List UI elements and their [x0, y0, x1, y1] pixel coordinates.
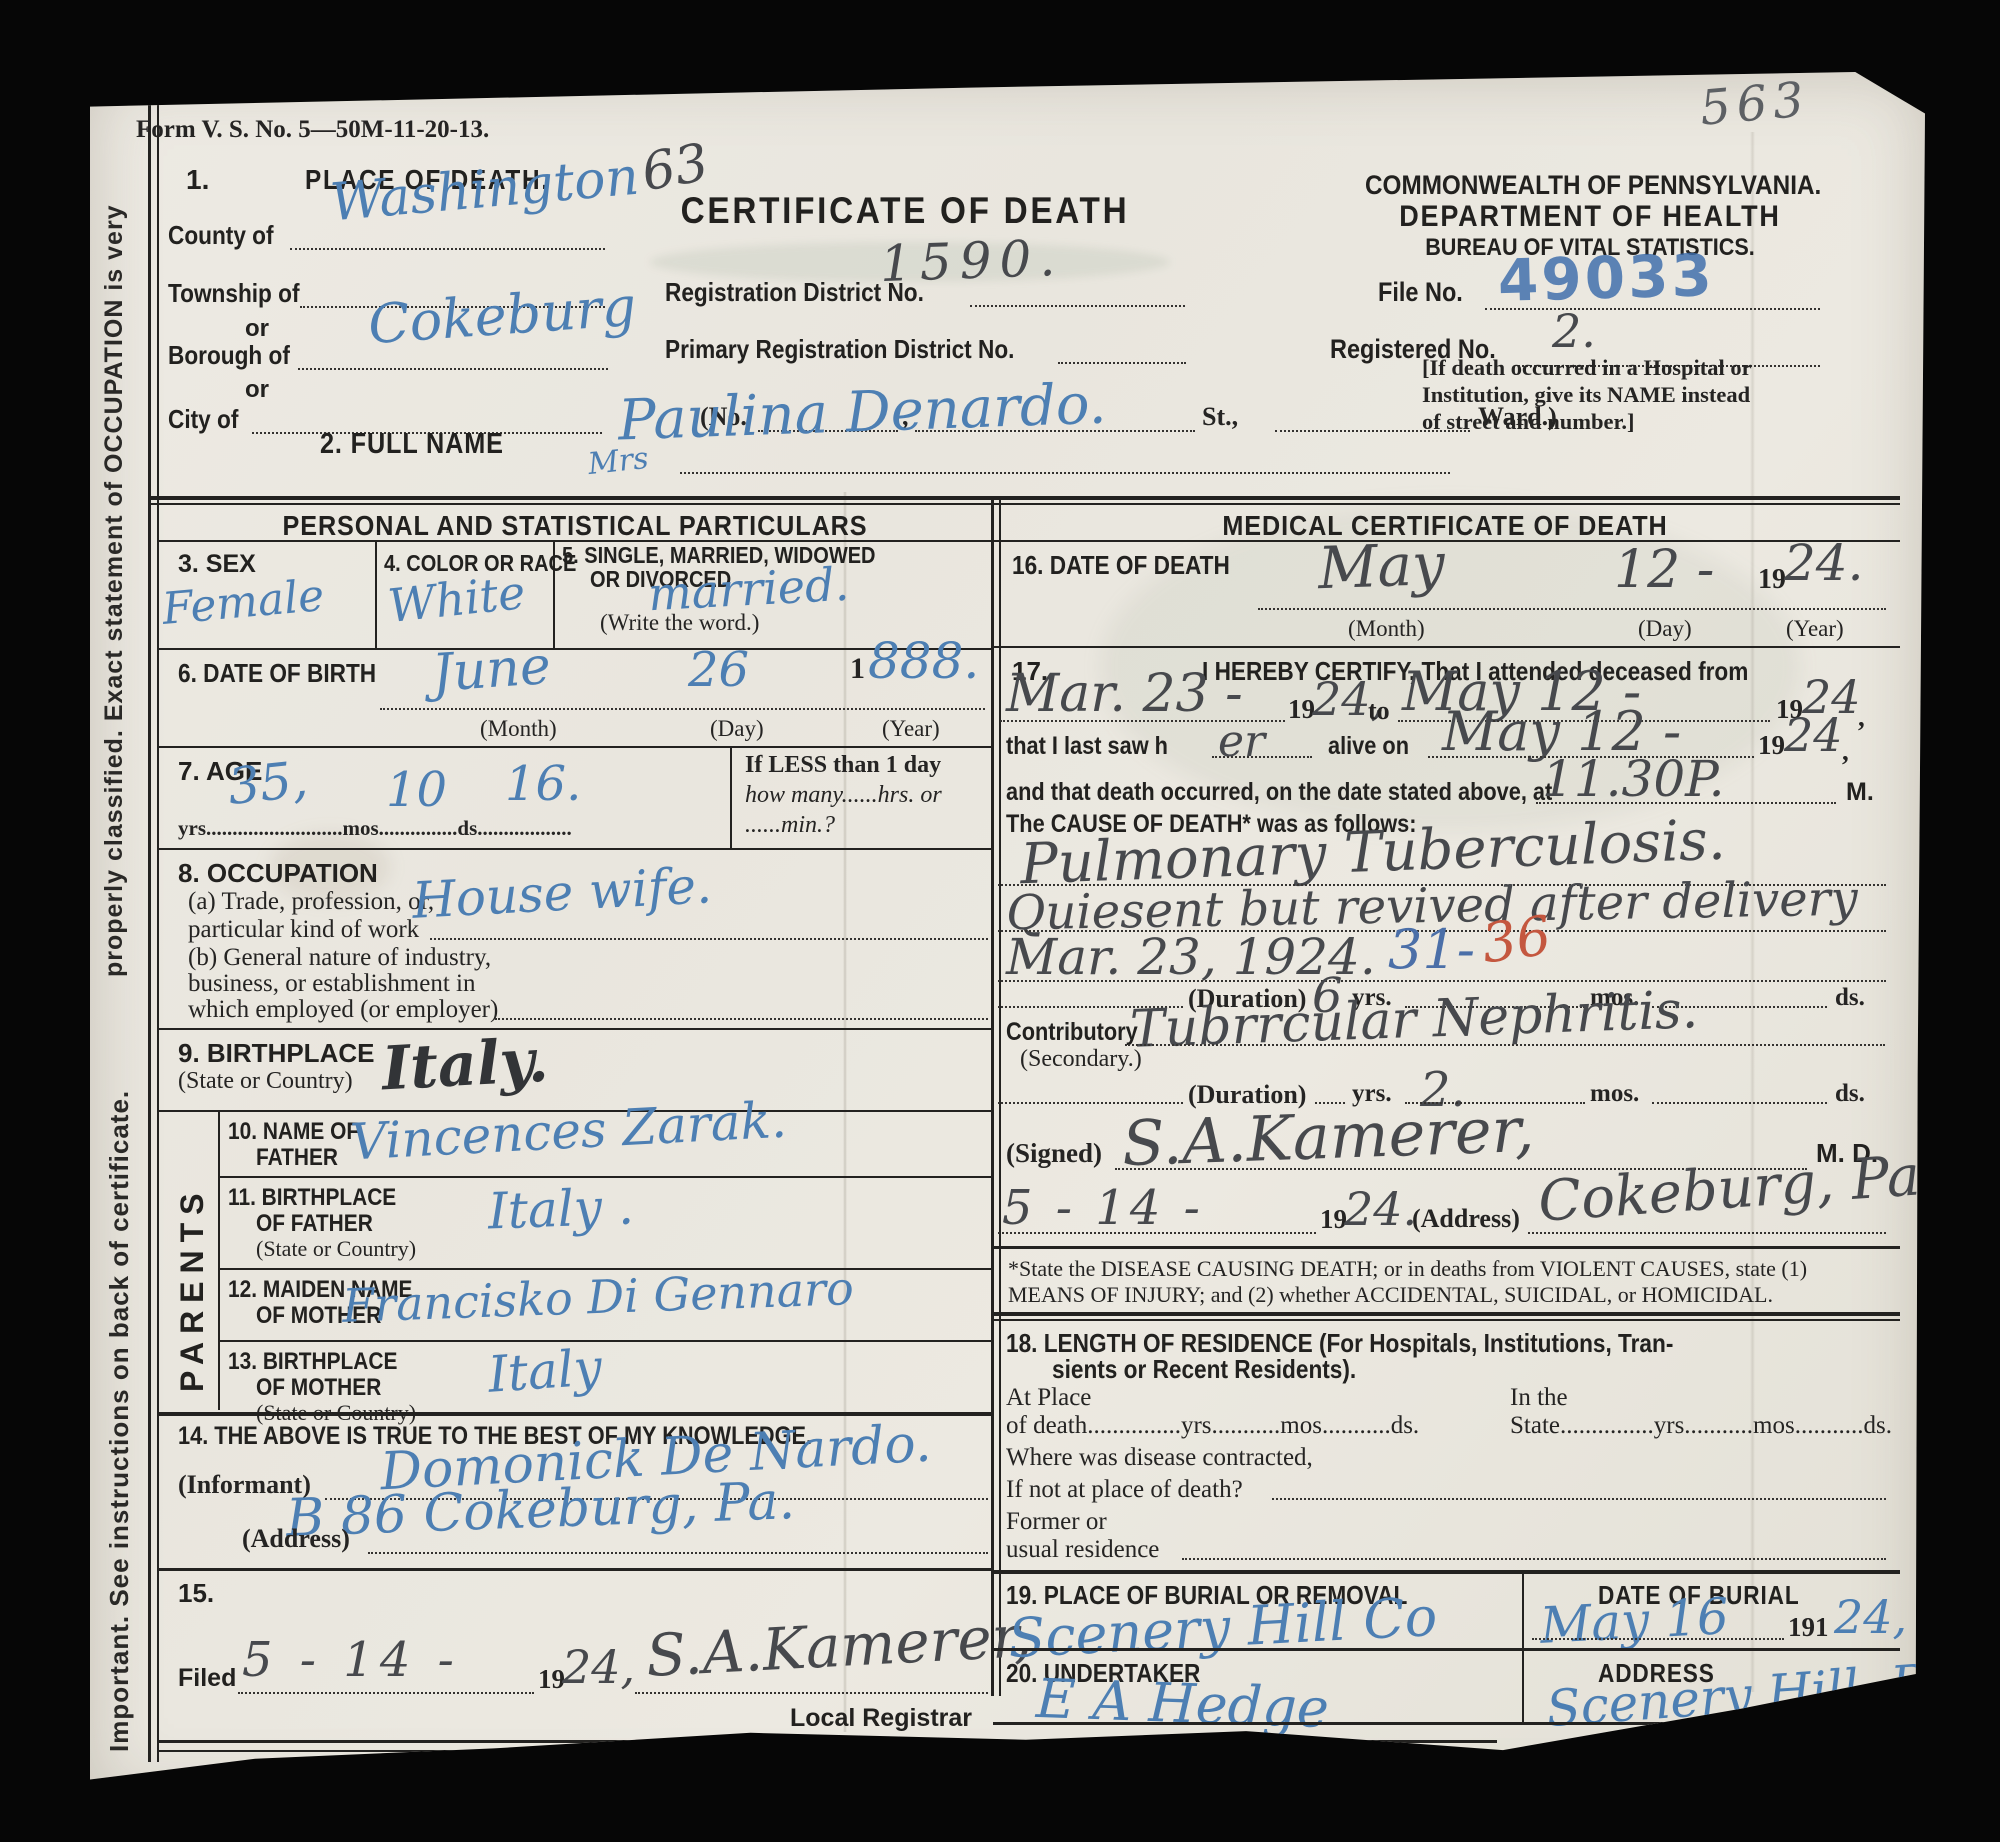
birthplace-value: Italy. [380, 1026, 550, 1105]
column-divider-outer [991, 496, 994, 1696]
dod-month-hint: (Month) [1348, 616, 1425, 642]
mother-bp-label2: OF MOTHER [256, 1374, 381, 1402]
contracted-label: Where was disease contracted, [1006, 1444, 1313, 1472]
father-bp-label1: 11. BIRTHPLACE [228, 1184, 396, 1212]
rule-l3 [157, 746, 993, 748]
father-name-value: Vincences Zarak. [349, 1091, 788, 1172]
rule-l10-thick [157, 1412, 993, 1416]
dod-year-value: 24. [1784, 534, 1864, 592]
footnote-line2: MEANS OF INJURY; and (2) whether ACCIDEN… [1008, 1282, 1773, 1308]
duration1-ds: ds. [1835, 984, 1865, 1012]
mother-bp-label1: 13. BIRTHPLACE [228, 1348, 397, 1376]
former-label: Former or [1006, 1508, 1107, 1536]
to-label: to [1368, 696, 1390, 726]
lastsaw-post: alive on [1328, 732, 1409, 761]
file-no-stamp: 49033 [1497, 241, 1716, 315]
left-border-inner [157, 90, 159, 1762]
occupation-b3: which employed (or employer) [188, 996, 498, 1024]
birthplace-label: 9. BIRTHPLACE [178, 1038, 374, 1069]
township-label: Township of [168, 278, 300, 309]
dod-day-value: 12 - [1614, 540, 1714, 600]
state-row: State...............yrs...........mos...… [1510, 1412, 1892, 1440]
filed-line [238, 1692, 534, 1694]
reg-district-line [970, 305, 1185, 307]
contributory-line [1125, 1044, 1885, 1046]
dob-month-hint: (Month) [480, 716, 557, 742]
primary-reg-line [1058, 362, 1186, 364]
occupation-b2: business, or establishment in [188, 970, 475, 998]
marital-hint: (Write the word.) [600, 610, 759, 636]
dob-day-hint: (Day) [710, 716, 764, 742]
cause-code-blue: 31- [1388, 918, 1475, 981]
age-less-line3: ......min.? [745, 812, 835, 839]
filed-year-value: 24, [562, 1640, 635, 1694]
usual-line [1182, 1558, 1886, 1560]
signed-date-line [998, 1232, 1316, 1234]
registered-no-value: 2. [1552, 304, 1596, 358]
mother-name-value: Francisko Di Gennaro [341, 1261, 854, 1333]
sec18-line2: sients or Recent Residents). [1052, 1354, 1356, 1385]
cause-line3-rule [998, 980, 1886, 982]
mother-bp-value: Italy [486, 1338, 604, 1404]
lastsaw-pre: that I last saw h [1006, 732, 1168, 761]
hospital-note: [If death occurred in a Hospital or Inst… [1422, 354, 1767, 435]
dod-label: 16. DATE OF DEATH [1012, 550, 1230, 581]
to-comma: , [1858, 702, 1865, 733]
father-name-label1: 10. NAME OF [228, 1118, 359, 1146]
from-year-prefix: 19 [1288, 694, 1315, 725]
age-less-line2: how many......hrs. or [745, 782, 942, 809]
duration2-ds: ds. [1835, 1080, 1865, 1108]
county-value: Washington [328, 147, 641, 234]
m-label: M. [1846, 778, 1874, 807]
dob-line [380, 708, 985, 710]
father-bp-value: Italy . [487, 1177, 635, 1240]
fullname-line [680, 472, 1450, 474]
duration2-dots2 [1652, 1102, 1827, 1104]
signed-year-prefix: 19 [1320, 1204, 1347, 1235]
dod-month-value: May [1317, 530, 1446, 602]
signed-address-line [1528, 1232, 1886, 1234]
rule-r7 [993, 1722, 1900, 1725]
attended-from-value: Mar. 23 - [1006, 664, 1243, 724]
dob-year-prefix: 1 [850, 652, 865, 686]
burial-divider [1522, 1570, 1524, 1648]
department-line: DEPARTMENT OF HEALTH [1365, 200, 1815, 234]
ifnot-line [1272, 1498, 1886, 1500]
at-place-label: At Place [1006, 1384, 1091, 1412]
county-line [290, 248, 605, 250]
lastsaw-fill: er [1218, 716, 1265, 767]
lastsaw-year-value: 24 [1784, 708, 1843, 762]
death-time-value: 11.30P. [1542, 750, 1725, 808]
burial-year-prefix: 191 [1788, 1612, 1829, 1643]
father-bp-label2: OF FATHER [256, 1210, 373, 1238]
undertaker-divider [1522, 1648, 1524, 1722]
signed-address-value: Cokeburg, Pa. [1536, 1142, 1940, 1235]
rule-r5-thick [993, 1570, 1900, 1574]
lastsaw-comma: , [1842, 736, 1849, 767]
dod-year-prefix: 19 [1758, 564, 1786, 596]
signed-address-label: (Address) [1412, 1204, 1520, 1234]
sex-value: Female [160, 570, 326, 635]
rule-r1 [993, 540, 1900, 542]
dod-line [1258, 608, 1886, 610]
age-yrs-value: 35, [225, 750, 310, 816]
signed-date-value: 5 - 14 - [1002, 1180, 1204, 1236]
parents-sidebar-label: PARENTS [174, 1130, 211, 1392]
county-label: County of [168, 220, 274, 251]
or-b: or [245, 376, 269, 404]
primary-reg-label: Primary Registration District No. [665, 334, 1014, 365]
dob-month-value: June [430, 636, 553, 704]
informant-address-line [368, 1552, 988, 1554]
cause-code-red: 36 [1478, 904, 1555, 976]
age-subdivider [730, 746, 732, 848]
certificate-paper: properly classified. Exact statement of … [90, 72, 1925, 1802]
reg-district-value: 1590. [879, 229, 1064, 293]
rule-r4-thick [993, 1312, 1900, 1316]
left-border-outer [148, 90, 151, 1762]
undertaker-value: E A Hedge [1035, 1667, 1330, 1740]
file-no-label: File No. [1378, 277, 1463, 308]
rule-l9 [218, 1340, 993, 1342]
lastsaw-fill-line [1212, 756, 1312, 758]
burial-date-line [1532, 1638, 1784, 1640]
age-units-row: yrs..........................mos........… [178, 816, 572, 841]
dod-day-hint: (Day) [1638, 616, 1692, 642]
signed-year-value: 24. [1344, 1182, 1417, 1236]
column-divider-inner [999, 496, 1001, 1696]
sec15-number: 15. [178, 1578, 214, 1609]
filed-date-value: 5 - 14 - [242, 1632, 460, 1688]
dod-year-hint: (Year) [1786, 616, 1844, 642]
filed-label: Filed [178, 1664, 236, 1693]
rule-r2 [993, 646, 1900, 648]
duration2-mos: mos. [1590, 1080, 1639, 1108]
dob-label: 6. DATE OF BIRTH [178, 658, 376, 689]
father-bp-hint: (State or Country) [256, 1236, 416, 1262]
margin-note-bottom: Important. See instructions on back of c… [104, 962, 135, 1752]
dob-year-hint: (Year) [882, 716, 940, 742]
occupation-a1: (a) Trade, profession, or, [188, 888, 434, 916]
dob-day-value: 26 [688, 642, 749, 698]
occupation-b1: (b) General nature of industry, [188, 944, 491, 972]
secondary-label: (Secondary.) [1020, 1046, 1142, 1073]
footnote-line1: *State the DISEASE CAUSING DEATH; or in … [1008, 1256, 1807, 1282]
bottom-rule-thin [157, 1750, 1477, 1752]
rule-l11-thick [157, 1568, 993, 1571]
borough-label: Borough of [168, 340, 290, 371]
parents-strip-divider [218, 1110, 220, 1410]
in-the-label: In the [1510, 1384, 1568, 1412]
certificate-title: CERTIFICATE OF DEATH [680, 190, 1130, 232]
contributory-label: Contributory [1006, 1018, 1138, 1047]
birthplace-hint: (State or Country) [178, 1068, 353, 1095]
rule-r3 [993, 1246, 1900, 1249]
dob-year-value: 888. [868, 632, 979, 690]
occupation-b-line [495, 1018, 988, 1020]
of-death-row: of death...............yrs...........mos… [1006, 1412, 1419, 1440]
ifnot-label: If not at place of death? [1006, 1476, 1243, 1504]
cell-divider-sex-race [375, 540, 377, 648]
occurred-text: and that death occurred, on the date sta… [1006, 778, 1552, 807]
burial-date-value: May 16 [1539, 1587, 1731, 1655]
occupation-a2: particular kind of work [188, 916, 419, 944]
header-divider-thick [148, 496, 1900, 500]
commonwealth-line: COMMONWEALTH OF PENNSYLVANIA. [1365, 170, 1815, 201]
or-a: or [245, 315, 269, 343]
fullname-value: Paulina Denardo. [617, 371, 1107, 453]
usual-label: usual residence [1006, 1536, 1159, 1564]
header-divider-thin [148, 503, 1900, 505]
borough-value: Cokeburg [366, 275, 638, 357]
occupation-value: House wife. [411, 856, 713, 930]
filed-year-prefix: 19 [538, 1664, 565, 1695]
informant-address-value: B 86 Cokeburg, Pa. [285, 1471, 796, 1549]
bottom-rule-thick [157, 1740, 1497, 1743]
st-label: St., [1202, 402, 1238, 432]
rule-l4 [157, 848, 993, 850]
rule-r6 [993, 1648, 1900, 1651]
rule-r4-thin [993, 1319, 1900, 1321]
father-name-label2: FATHER [256, 1144, 338, 1172]
city-label: City of [168, 404, 238, 435]
sex-label: 3. SEX [178, 550, 256, 579]
duration2-lead [998, 1102, 1183, 1104]
age-less-line1: If LESS than 1 day [745, 752, 941, 779]
margin-note-top: properly classified. Exact statement of … [100, 97, 129, 977]
personal-title: PERSONAL AND STATISTICAL PARTICULARS [206, 510, 944, 542]
paper-crease-vertical [843, 492, 847, 1732]
fullname-label: 2. FULL NAME [320, 428, 504, 461]
section1-number: 1. [186, 164, 209, 196]
scanned-death-certificate: properly classified. Exact statement of … [0, 0, 2000, 1842]
registrar-signature: S.A.Kamerer, [644, 1602, 1033, 1690]
burial-year-value: 24, [1834, 1590, 1907, 1644]
borough-line [298, 368, 608, 370]
occupation-a-line [430, 938, 988, 940]
local-registrar-label: Local Registrar [790, 1704, 972, 1733]
rule-l5 [157, 1028, 993, 1030]
informant-address-label: (Address) [242, 1524, 350, 1554]
form-number: Form V. S. No. 5—50M-11-20-13. [136, 116, 489, 144]
age-ds-value: 16. [505, 756, 581, 812]
occupation-label: 8. OCCUPATION [178, 858, 378, 889]
lastsaw-year-prefix: 19 [1758, 730, 1785, 761]
medical-title: MEDICAL CERTIFICATE OF DEATH [1045, 510, 1846, 542]
registrar-line [635, 1692, 988, 1694]
death-time-line [1536, 802, 1836, 804]
page-number-handwritten: 563 [1698, 71, 1812, 136]
signed-label: (Signed) [1006, 1138, 1102, 1169]
age-mos-value: 10 [386, 762, 447, 818]
